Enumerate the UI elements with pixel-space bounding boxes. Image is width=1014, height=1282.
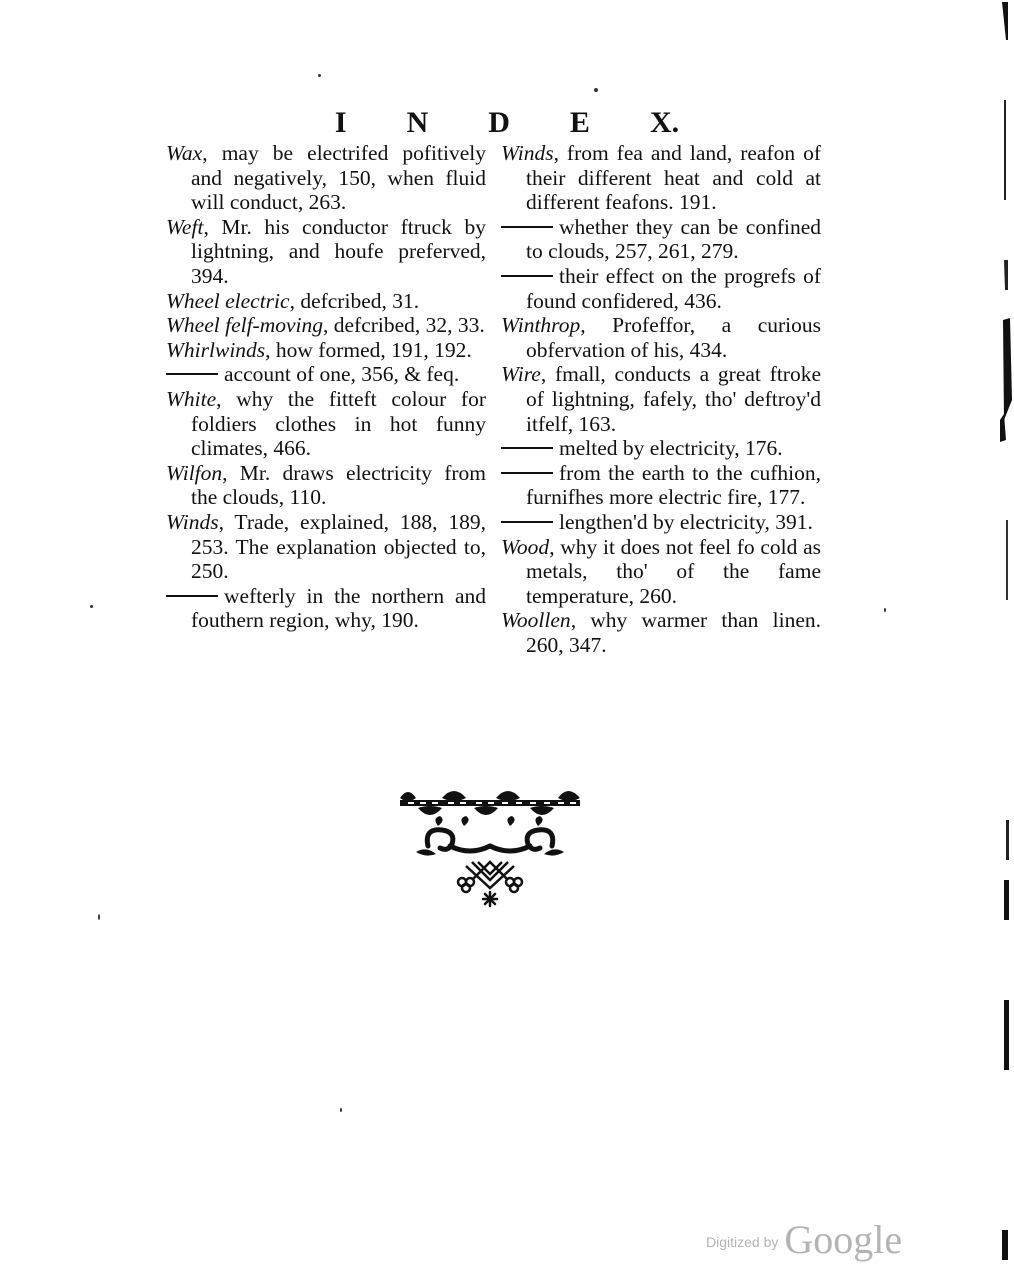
entry-text: , fmall, conducts a great ftroke of ligh… [526, 362, 821, 435]
entry-heading: Winds [501, 141, 554, 165]
page-title: INDEX. [0, 106, 1014, 140]
entry-text: , from fea and land, reafon of their dif… [526, 141, 821, 214]
scanned-page-edge [994, 0, 1014, 1282]
index-entry: Whirlwinds, how formed, 191, 192. [166, 338, 486, 363]
ditto-dash [501, 521, 553, 523]
title-letter: X. [650, 106, 679, 140]
title-letter: E [570, 106, 590, 140]
entry-text: melted by electricity, 176. [559, 436, 783, 460]
entry-heading: Wood [501, 535, 549, 559]
index-entry: Wire, fmall, conducts a great ftroke of … [501, 362, 821, 436]
entry-heading: Wilfon [166, 461, 222, 485]
entry-text: , how formed, 191, 192. [265, 338, 472, 362]
entry-text: , Mr. draws electricity from the clouds,… [191, 461, 486, 510]
entry-heading: Wax [166, 141, 202, 165]
scan-speck [90, 605, 93, 608]
title-letter: I [335, 106, 347, 140]
entry-heading: Wire [501, 362, 541, 386]
index-subentry: from the earth to the cufhion, furnifhes… [501, 461, 821, 510]
ditto-dash [501, 226, 553, 228]
entry-text: whether they can be confined to clouds, … [526, 215, 821, 264]
index-subentry: their effect on the progrefs of found co… [501, 264, 821, 313]
entry-heading: Wheel electric [166, 289, 290, 313]
ditto-dash [166, 373, 218, 375]
entry-heading: Wheel felf-moving [166, 313, 323, 337]
index-subentry: melted by electricity, 176. [501, 436, 821, 461]
entry-heading: White [166, 387, 216, 411]
index-entry: Winds, from fea and land, reafon of thei… [501, 141, 821, 215]
index-entry: Wheel electric, defcribed, 31. [166, 289, 486, 314]
index-subentry: whether they can be confined to clouds, … [501, 215, 821, 264]
index-entry: Wax, may be electrifed pofitively and ne… [166, 141, 486, 215]
scan-speck [884, 608, 886, 612]
index-subentry: account of one, 356, & feq. [166, 362, 486, 387]
scan-speck [98, 914, 100, 920]
index-entry: Woollen, why warmer than linen. 260, 347… [501, 608, 821, 657]
index-entry: Wood, why it does not feel fo cold as me… [501, 535, 821, 609]
title-letter: N [407, 106, 429, 140]
index-entry: Wilfon, Mr. draws electricity from the c… [166, 461, 486, 510]
index-column-left: Wax, may be electrifed pofitively and ne… [166, 141, 486, 633]
entry-text: their effect on the progrefs of found co… [526, 264, 821, 313]
entry-text: , why the fitteft colour for foldiers cl… [191, 387, 486, 460]
watermark-prefix: Digitized by [706, 1234, 778, 1250]
printers-ornament-icon [398, 786, 584, 910]
entry-heading: Winds [166, 510, 219, 534]
entry-text: from the earth to the cufhion, furnifhes… [526, 461, 821, 510]
entry-text: account of one, 356, & feq. [224, 362, 459, 386]
index-entry: Wheel felf-moving, defcribed, 32, 33. [166, 313, 486, 338]
entry-text: , why warmer than linen. 260, 347. [526, 608, 821, 657]
index-entry: Winthrop, Profeffor, a curious obfervati… [501, 313, 821, 362]
index-column-right: Winds, from fea and land, reafon of thei… [501, 141, 821, 657]
ditto-dash [166, 595, 218, 597]
title-letter: D [488, 106, 510, 140]
entry-text: lengthen'd by electricity, 391. [559, 510, 813, 534]
index-subentry: lengthen'd by electricity, 391. [501, 510, 821, 535]
index-entry: White, why the fitteft colour for foldie… [166, 387, 486, 461]
entry-text: , may be electrifed pofitively and negat… [191, 141, 486, 214]
scan-speck [594, 88, 598, 92]
scan-speck [340, 1108, 342, 1112]
entry-text: , why it does not feel fo cold as metals… [526, 535, 821, 608]
entry-text: , defcribed, 32, 33. [323, 313, 485, 337]
entry-heading: Woollen [501, 608, 571, 632]
ditto-dash [501, 472, 553, 474]
entry-heading: Winthrop [501, 313, 580, 337]
entry-text: , Trade, explained, 188, 189, 253. The e… [191, 510, 486, 583]
google-logo: Google [784, 1217, 902, 1262]
entry-heading: Weft [166, 215, 203, 239]
entry-text: wefterly in the northern and fouthern re… [191, 584, 486, 633]
entry-text: , Mr. his conductor ftruck by lightning,… [191, 215, 486, 288]
entry-heading: Whirlwinds [166, 338, 265, 362]
index-subentry: wefterly in the northern and fouthern re… [166, 584, 486, 633]
index-entry: Winds, Trade, explained, 188, 189, 253. … [166, 510, 486, 584]
index-entry: Weft, Mr. his conductor ftruck by lightn… [166, 215, 486, 289]
digitized-by-google-watermark: Digitized by Google [706, 1216, 902, 1263]
ditto-dash [501, 447, 553, 449]
entry-text: , defcribed, 31. [290, 289, 420, 313]
scan-speck [318, 74, 321, 77]
ditto-dash [501, 275, 553, 277]
